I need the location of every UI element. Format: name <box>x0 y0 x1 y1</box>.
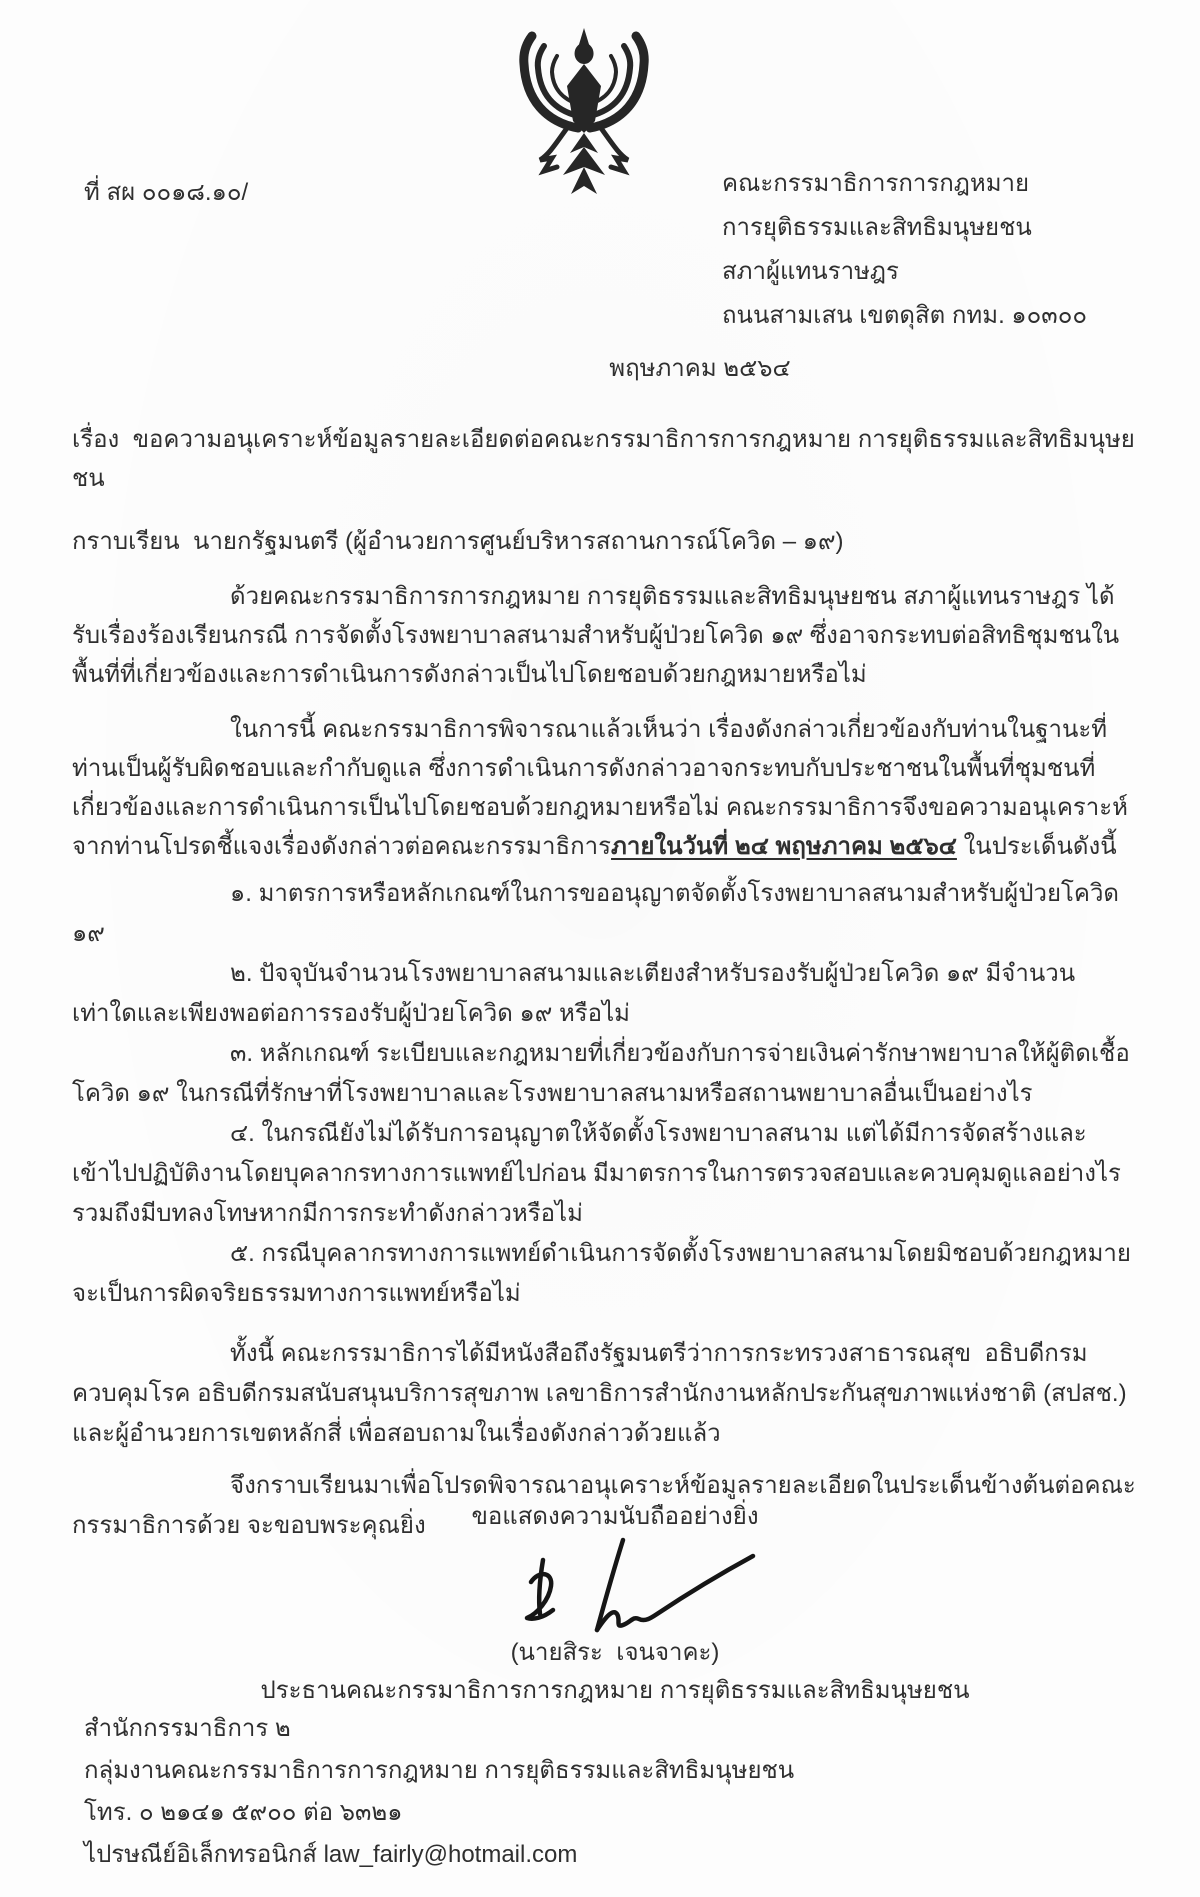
letter-page: ที่ สผ ๐๐๑๘.๑๐/ คณะกรรมาธิการการกฎหมาย ก… <box>0 0 1200 1897</box>
footer-group: กลุ่มงานคณะกรรมาธิการการกฎหมาย การยุติธร… <box>84 1750 794 1792</box>
signer-title: ประธานคณะกรรมาธิการการกฎหมาย การยุติธรรม… <box>30 1676 1200 1706</box>
letter-date: พฤษภาคม ๒๕๖๔ <box>200 348 1200 387</box>
footer-office: สำนักกรรมาธิการ ๒ <box>84 1708 794 1750</box>
paragraph-intro: ด้วยคณะกรรมาธิการการกฎหมาย การยุติธรรมแล… <box>72 577 1138 694</box>
list-item-3: ๓. หลักเกณฑ์ ระเบียบและกฎหมายที่เกี่ยวข้… <box>72 1034 1138 1114</box>
agency-line-address: ถนนสามเสน เขตดุสิต กทม. ๑๐๓๐๐ <box>722 294 1087 338</box>
signature-icon <box>507 1536 767 1636</box>
agency-line-house: สภาผู้แทนราษฎร <box>722 250 1087 294</box>
list-item-4: ๔. ในกรณียังไม่ได้รับการอนุญาตให้จัดตั้ง… <box>72 1114 1138 1234</box>
garuda-emblem-icon <box>500 24 668 212</box>
agency-line-committee: คณะกรรมาธิการการกฎหมาย <box>722 162 1087 206</box>
letter-body: เรื่อง ขอความอนุเคราะห์ข้อมูลรายละเอียดต… <box>72 420 1138 1546</box>
salutation-line: กราบเรียน นายกรัฐมนตรี (ผู้อำนวยการศูนย์… <box>72 522 1138 561</box>
footer-email: ไปรษณีย์อิเล็กทรอนิกส์ law_fairly@hotmai… <box>84 1834 794 1876</box>
request-tail-text: ในประเด็นดังนี้ <box>957 833 1117 860</box>
deadline-text: ภายในวันที่ ๒๔ พฤษภาคม ๒๕๖๔ <box>611 833 957 860</box>
reference-number: ที่ สผ ๐๐๑๘.๑๐/ <box>84 172 248 211</box>
footer-block: สำนักกรรมาธิการ ๒ กลุ่มงานคณะกรรมาธิการก… <box>84 1708 794 1876</box>
paragraph-request: ในการนี้ คณะกรรมาธิการพิจารณาแล้วเห็นว่า… <box>72 710 1138 866</box>
subject-line: เรื่อง ขอความอนุเคราะห์ข้อมูลรายละเอียดต… <box>72 420 1138 498</box>
signer-name: (นายสิระ เจนจาคะ) <box>30 1636 1200 1670</box>
list-item-2: ๒. ปัจจุบันจำนวนโรงพยาบาลสนามและเตียงสำห… <box>72 954 1138 1034</box>
list-item-5: ๕. กรณีบุคลากรทางการแพทย์ดำเนินการจัดตั้… <box>72 1234 1138 1314</box>
paragraph-notice: ทั้งนี้ คณะกรรมาธิการได้มีหนังสือถึงรัฐม… <box>72 1334 1138 1454</box>
agency-line-justice: การยุติธรรมและสิทธิมนุษยชน <box>722 206 1087 250</box>
closing-phrase: ขอแสดงความนับถืออย่างยิ่ง <box>30 1502 1200 1532</box>
footer-phone: โทร. ๐ ๒๑๔๑ ๕๙๐๐ ต่อ ๖๓๒๑ <box>84 1792 794 1834</box>
agency-block: คณะกรรมาธิการการกฎหมาย การยุติธรรมและสิท… <box>722 162 1087 338</box>
list-item-1: ๑. มาตรการหรือหลักเกณฑ์ในการขออนุญาตจัดต… <box>72 874 1138 954</box>
closing-block: ขอแสดงความนับถืออย่างยิ่ง (นายสิระ เจนจา… <box>0 1502 1200 1706</box>
